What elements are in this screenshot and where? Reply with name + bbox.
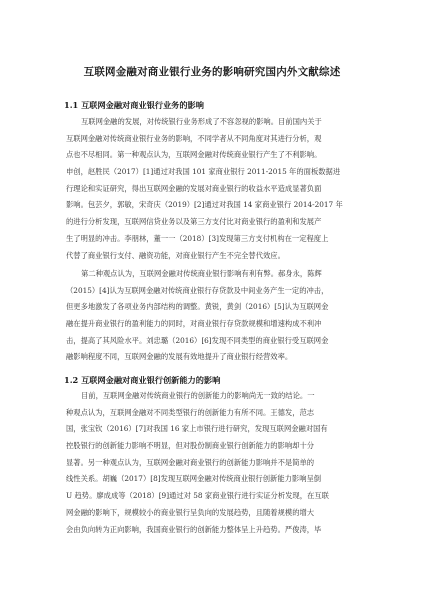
paragraph-1-1-a: 互联网金融的发展，对传统银行业务形成了不容忽视的影响。目前国内关于 互联网金融对… [66,114,358,264]
text-line: 互联网金融对传统商业银行业务的影响，不同学者从不同角度对其进行分析，观 [66,131,358,148]
text-line: 线性关系。胡巍（2017）[8]发现互联网金融对传统商业银行创新能力影响呈倒 [66,471,358,488]
text-line: 融在提升商业银行的盈利能力的同时，对商业银行存贷款规模和增速构成不利冲 [66,316,358,333]
text-line: 点也不尽相同。第一种观点认为，互联网金融对传统商业银行产生了不利影响。 [66,147,358,164]
text-line: 代替了商业银行支付、融资功能，对商业银行产生不完全替代效应。 [66,248,358,265]
text-line: 互联网金融的发展，对传统银行业务形成了不容忽视的影响。目前国内关于 [66,114,358,131]
document-title: 互联网金融对商业银行业务的影响研究国内外文献综述 [0,64,424,79]
text-line: 但更多地激发了各项业务内部结构的调整。黄锐，黄剑（2016）[5]认为互联网金 [66,299,358,316]
text-line: 的进行分析发现，互联网信贷业务以及第三方支付比对商业银行的盈利和发展产 [66,214,358,231]
text-line: 第二种观点认为，互联网金融对传统商业银行影响有利有弊。郝身永，陈辉 [66,266,358,283]
section-heading-1-1: 1.1 互联网金融对商业银行业务的影响 [64,100,204,111]
text-line: 行理论和实证研究，得出互联网金融的发展对商业银行的收益水平造成显著负面 [66,181,358,198]
text-line: 生了明显的冲击。李朋林，董一一（2018）[3]发现第三方支付机构在一定程度上 [66,231,358,248]
section-heading-1-2: 1.2 互联网金融对商业银行创新能力的影响 [64,375,220,386]
text-line: （2015）[4]认为互联网金融对传统商业银行存贷款及中间业务产生一定的冲击， [66,283,358,300]
text-line: 击，提高了其风险水平。刘忠璐（2016）[6]发现不同类型的商业银行受互联网金 [66,333,358,350]
text-line: U 趋势。廖成成等（2018）[9]通过对 58 家商业银行进行实证分析发现，在… [66,488,358,505]
text-line: 控股银行的创新能力影响不明显，但对股份制商业银行创新能力的影响却十分 [66,438,358,455]
text-line: 会由负向转为正向影响，我国商业银行的创新能力整体呈上升趋势。严俊涛，毕 [66,522,358,539]
text-line: 国，张宝钦（2016）[7]对我国 16 家上市银行进行研究，发现互联网金融对国… [66,421,358,438]
text-line: 融影响程度不同，互联网金融的发展有效地提升了商业银行经营效率。 [66,349,358,366]
document-page: 互联网金融对商业银行业务的影响研究国内外文献综述 1.1 互联网金融对商业银行业… [0,0,424,600]
paragraph-1-1-b: 第二种观点认为，互联网金融对传统商业银行影响有利有弊。郝身永，陈辉 （2015）… [66,266,358,366]
paragraph-1-2-a: 目前，互联网金融对传统商业银行的创新能力的影响尚无一致的结论。一 种观点认为，互… [66,388,358,538]
text-line: 目前，互联网金融对传统商业银行的创新能力的影响尚无一致的结论。一 [66,388,358,405]
text-line: 显著。另一种观点认为，互联网金融对商业银行的创新能力影响并不是简单的 [66,455,358,472]
text-line: 种观点认为，互联网金融对不同类型银行的创新能力有所不同。王德发，范志 [66,405,358,422]
text-line: 影响。包芸夕，郭敏，宋奇庆（2019）[2]通过对我国 14 家商业银行 201… [66,197,358,214]
text-line: 网金融的影响下，规模较小的商业银行呈负向的发展趋势，且随着规模的增大 [66,505,358,522]
text-line: 申创，赵胜民（2017）[1]通过对我国 101 家商业银行 2011-2015… [66,164,358,181]
